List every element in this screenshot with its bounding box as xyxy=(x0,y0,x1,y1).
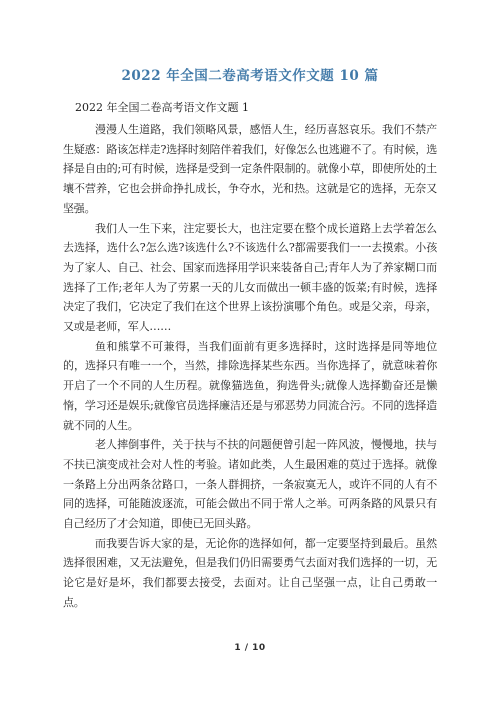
body-paragraph: 鱼和熊掌不可兼得，当我们面前有更多选择时，这时选择是同等地位的，选择只有唯一一个… xyxy=(63,337,437,436)
document-page: 2022 年全国二卷高考语文作文题 10 篇 2022 年全国二卷高考语文作文题… xyxy=(0,0,500,707)
section-heading: 2022 年全国二卷高考语文作文题 1 xyxy=(75,100,437,116)
body-paragraph: 老人摔倒事件，关于扶与不扶的问题便曾引起一阵风波，慢慢地，扶与不扶已演变成社会对… xyxy=(63,435,437,534)
document-body: 漫漫人生道路，我们领略风景，感悟人生，经历喜怒哀乐。我们不禁产生疑惑：路该怎样走… xyxy=(63,120,437,613)
body-paragraph: 漫漫人生道路，我们领略风景，感悟人生，经历喜怒哀乐。我们不禁产生疑惑：路该怎样走… xyxy=(63,120,437,219)
body-paragraph: 我们人一生下来，注定要长大，也注定要在整个成长道路上去学着怎么去选择，选什么?怎… xyxy=(63,219,437,337)
body-paragraph: 而我要告诉大家的是，无论你的选择如何，都一定要坚持到最后。虽然选择很困难，又无法… xyxy=(63,534,437,613)
page-number-indicator: 1 / 10 xyxy=(0,643,500,653)
document-title: 2022 年全国二卷高考语文作文题 10 篇 xyxy=(0,65,500,87)
